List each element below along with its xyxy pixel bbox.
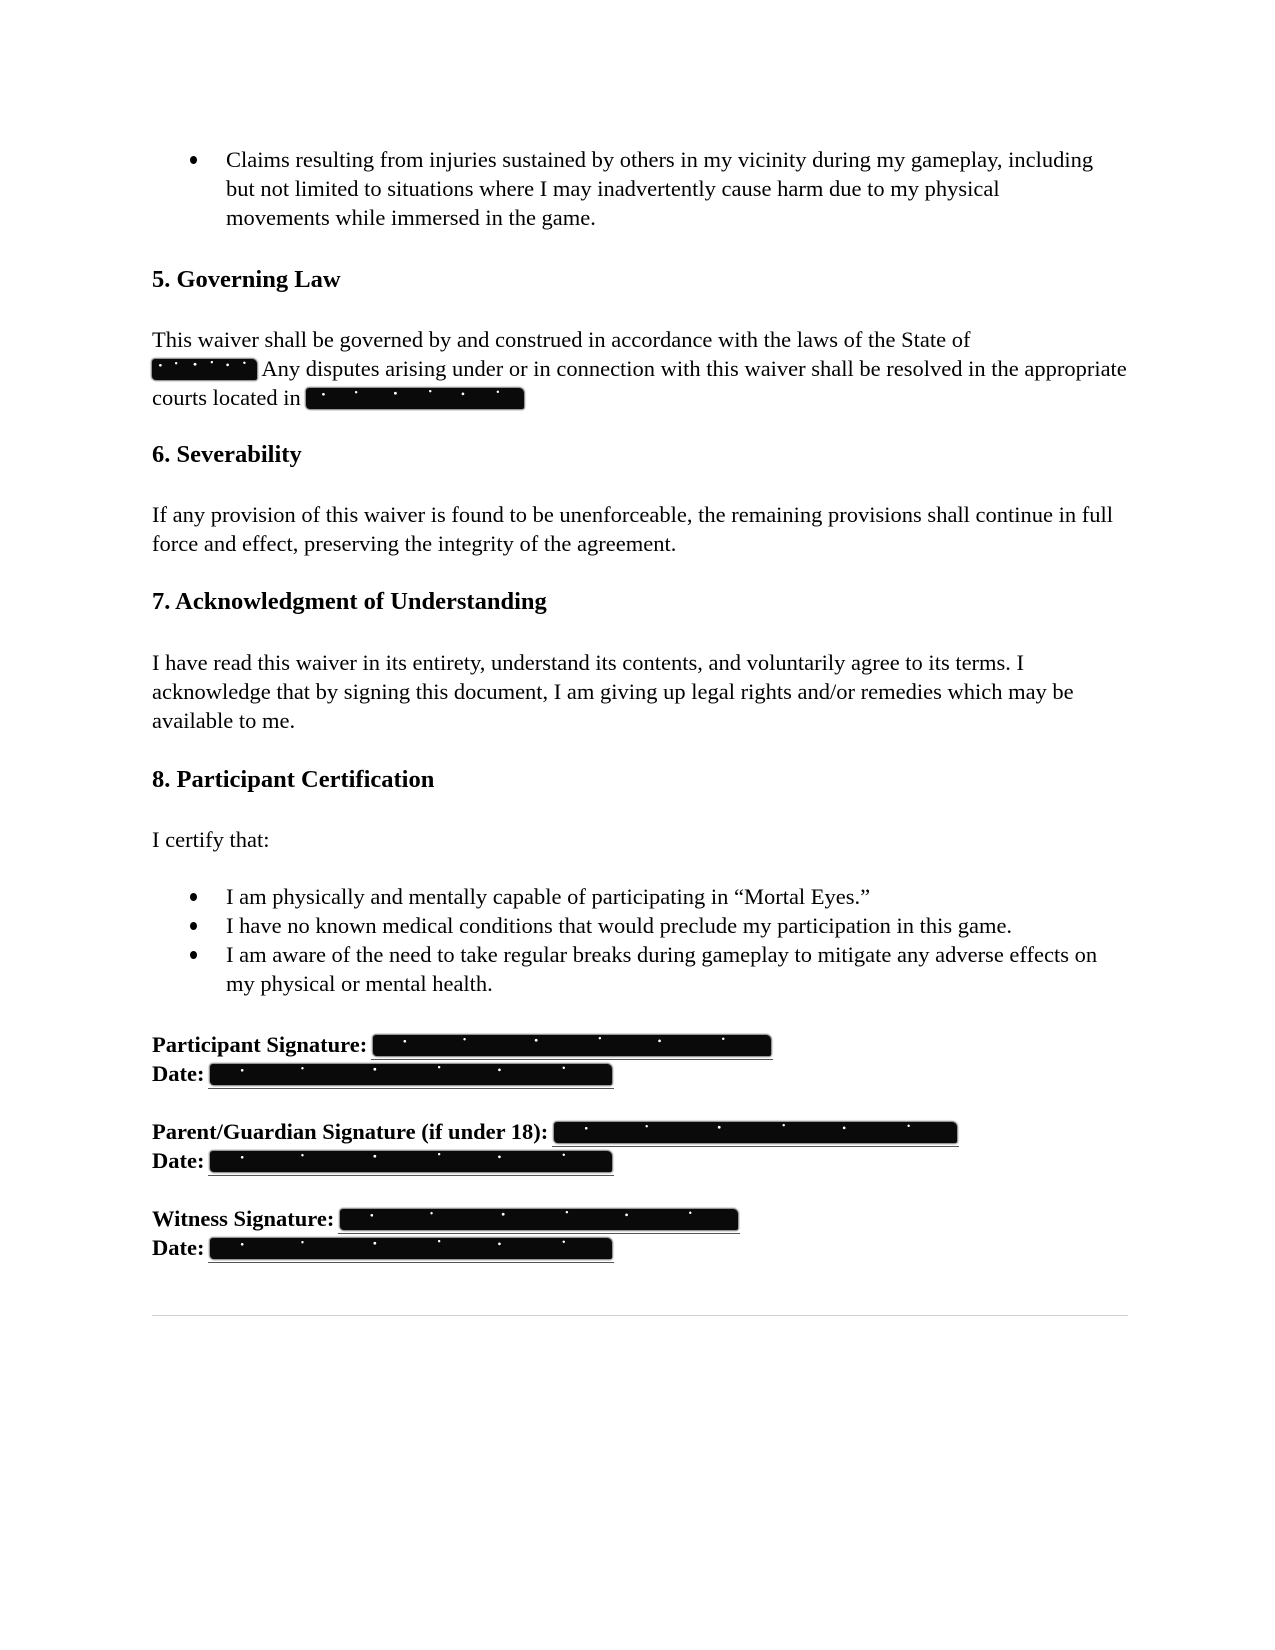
bullet-icon bbox=[190, 893, 197, 901]
witness-date-line: Date: bbox=[152, 1233, 612, 1262]
section-heading-severability: 6. Severability bbox=[152, 440, 302, 470]
bullet-text: Claims resulting from injuries sustained… bbox=[226, 147, 1093, 230]
bullet-text: I have no known medical conditions that … bbox=[226, 913, 1012, 938]
guardian-signature-label: Parent/Guardian Signature (if under 18): bbox=[152, 1119, 548, 1144]
participant-signature-line: Participant Signature: bbox=[152, 1030, 771, 1059]
redacted-state bbox=[152, 359, 257, 380]
bullet-icon bbox=[190, 951, 197, 959]
liability-bullet-list: Claims resulting from injuries sustained… bbox=[0, 145, 1275, 232]
bullet-text: I am physically and mentally capable of … bbox=[226, 884, 870, 909]
section-heading-acknowledgment: 7. Acknowledgment of Understanding bbox=[152, 587, 547, 617]
participant-signature-label: Participant Signature: bbox=[152, 1032, 367, 1057]
list-item: I am aware of the need to take regular b… bbox=[0, 940, 1106, 998]
guardian-date-line: Date: bbox=[152, 1146, 612, 1175]
horizontal-divider bbox=[152, 1315, 1128, 1316]
section-heading-participant-certification: 8. Participant Certification bbox=[152, 765, 434, 795]
governing-law-text-2: Any disputes arising under or in connect… bbox=[152, 356, 1127, 410]
severability-paragraph: If any provision of this waiver is found… bbox=[152, 500, 1132, 558]
witness-signature-line: Witness Signature: bbox=[152, 1204, 738, 1233]
certification-bullet-list: I am physically and mentally capable of … bbox=[0, 882, 1275, 998]
witness-date-label: Date: bbox=[152, 1235, 204, 1260]
guardian-signature-field[interactable] bbox=[554, 1122, 957, 1143]
list-item: I am physically and mentally capable of … bbox=[0, 882, 1106, 911]
governing-law-paragraph: This waiver shall be governed by and con… bbox=[152, 325, 1132, 412]
participant-date-field[interactable] bbox=[210, 1064, 612, 1085]
participant-date-label: Date: bbox=[152, 1061, 204, 1086]
participant-signature-field[interactable] bbox=[373, 1035, 771, 1056]
list-item: Claims resulting from injuries sustained… bbox=[0, 145, 1106, 232]
witness-signature-label: Witness Signature: bbox=[152, 1206, 334, 1231]
acknowledgment-paragraph: I have read this waiver in its entirety,… bbox=[152, 648, 1132, 735]
guardian-date-field[interactable] bbox=[210, 1151, 612, 1172]
governing-law-text-1: This waiver shall be governed by and con… bbox=[152, 327, 970, 352]
bullet-text: I am aware of the need to take regular b… bbox=[226, 942, 1097, 996]
section-heading-governing-law: 5. Governing Law bbox=[152, 265, 341, 295]
document-page: Claims resulting from injuries sustained… bbox=[0, 0, 1275, 1650]
witness-date-field[interactable] bbox=[210, 1238, 612, 1259]
guardian-signature-line: Parent/Guardian Signature (if under 18): bbox=[152, 1117, 957, 1146]
guardian-date-label: Date: bbox=[152, 1148, 204, 1173]
bullet-icon bbox=[190, 922, 197, 930]
list-item: I have no known medical conditions that … bbox=[0, 911, 1106, 940]
redacted-location bbox=[306, 388, 524, 409]
certify-intro: I certify that: bbox=[152, 825, 1132, 854]
participant-date-line: Date: bbox=[152, 1059, 612, 1088]
witness-signature-field[interactable] bbox=[340, 1209, 738, 1230]
bullet-icon bbox=[190, 156, 197, 164]
